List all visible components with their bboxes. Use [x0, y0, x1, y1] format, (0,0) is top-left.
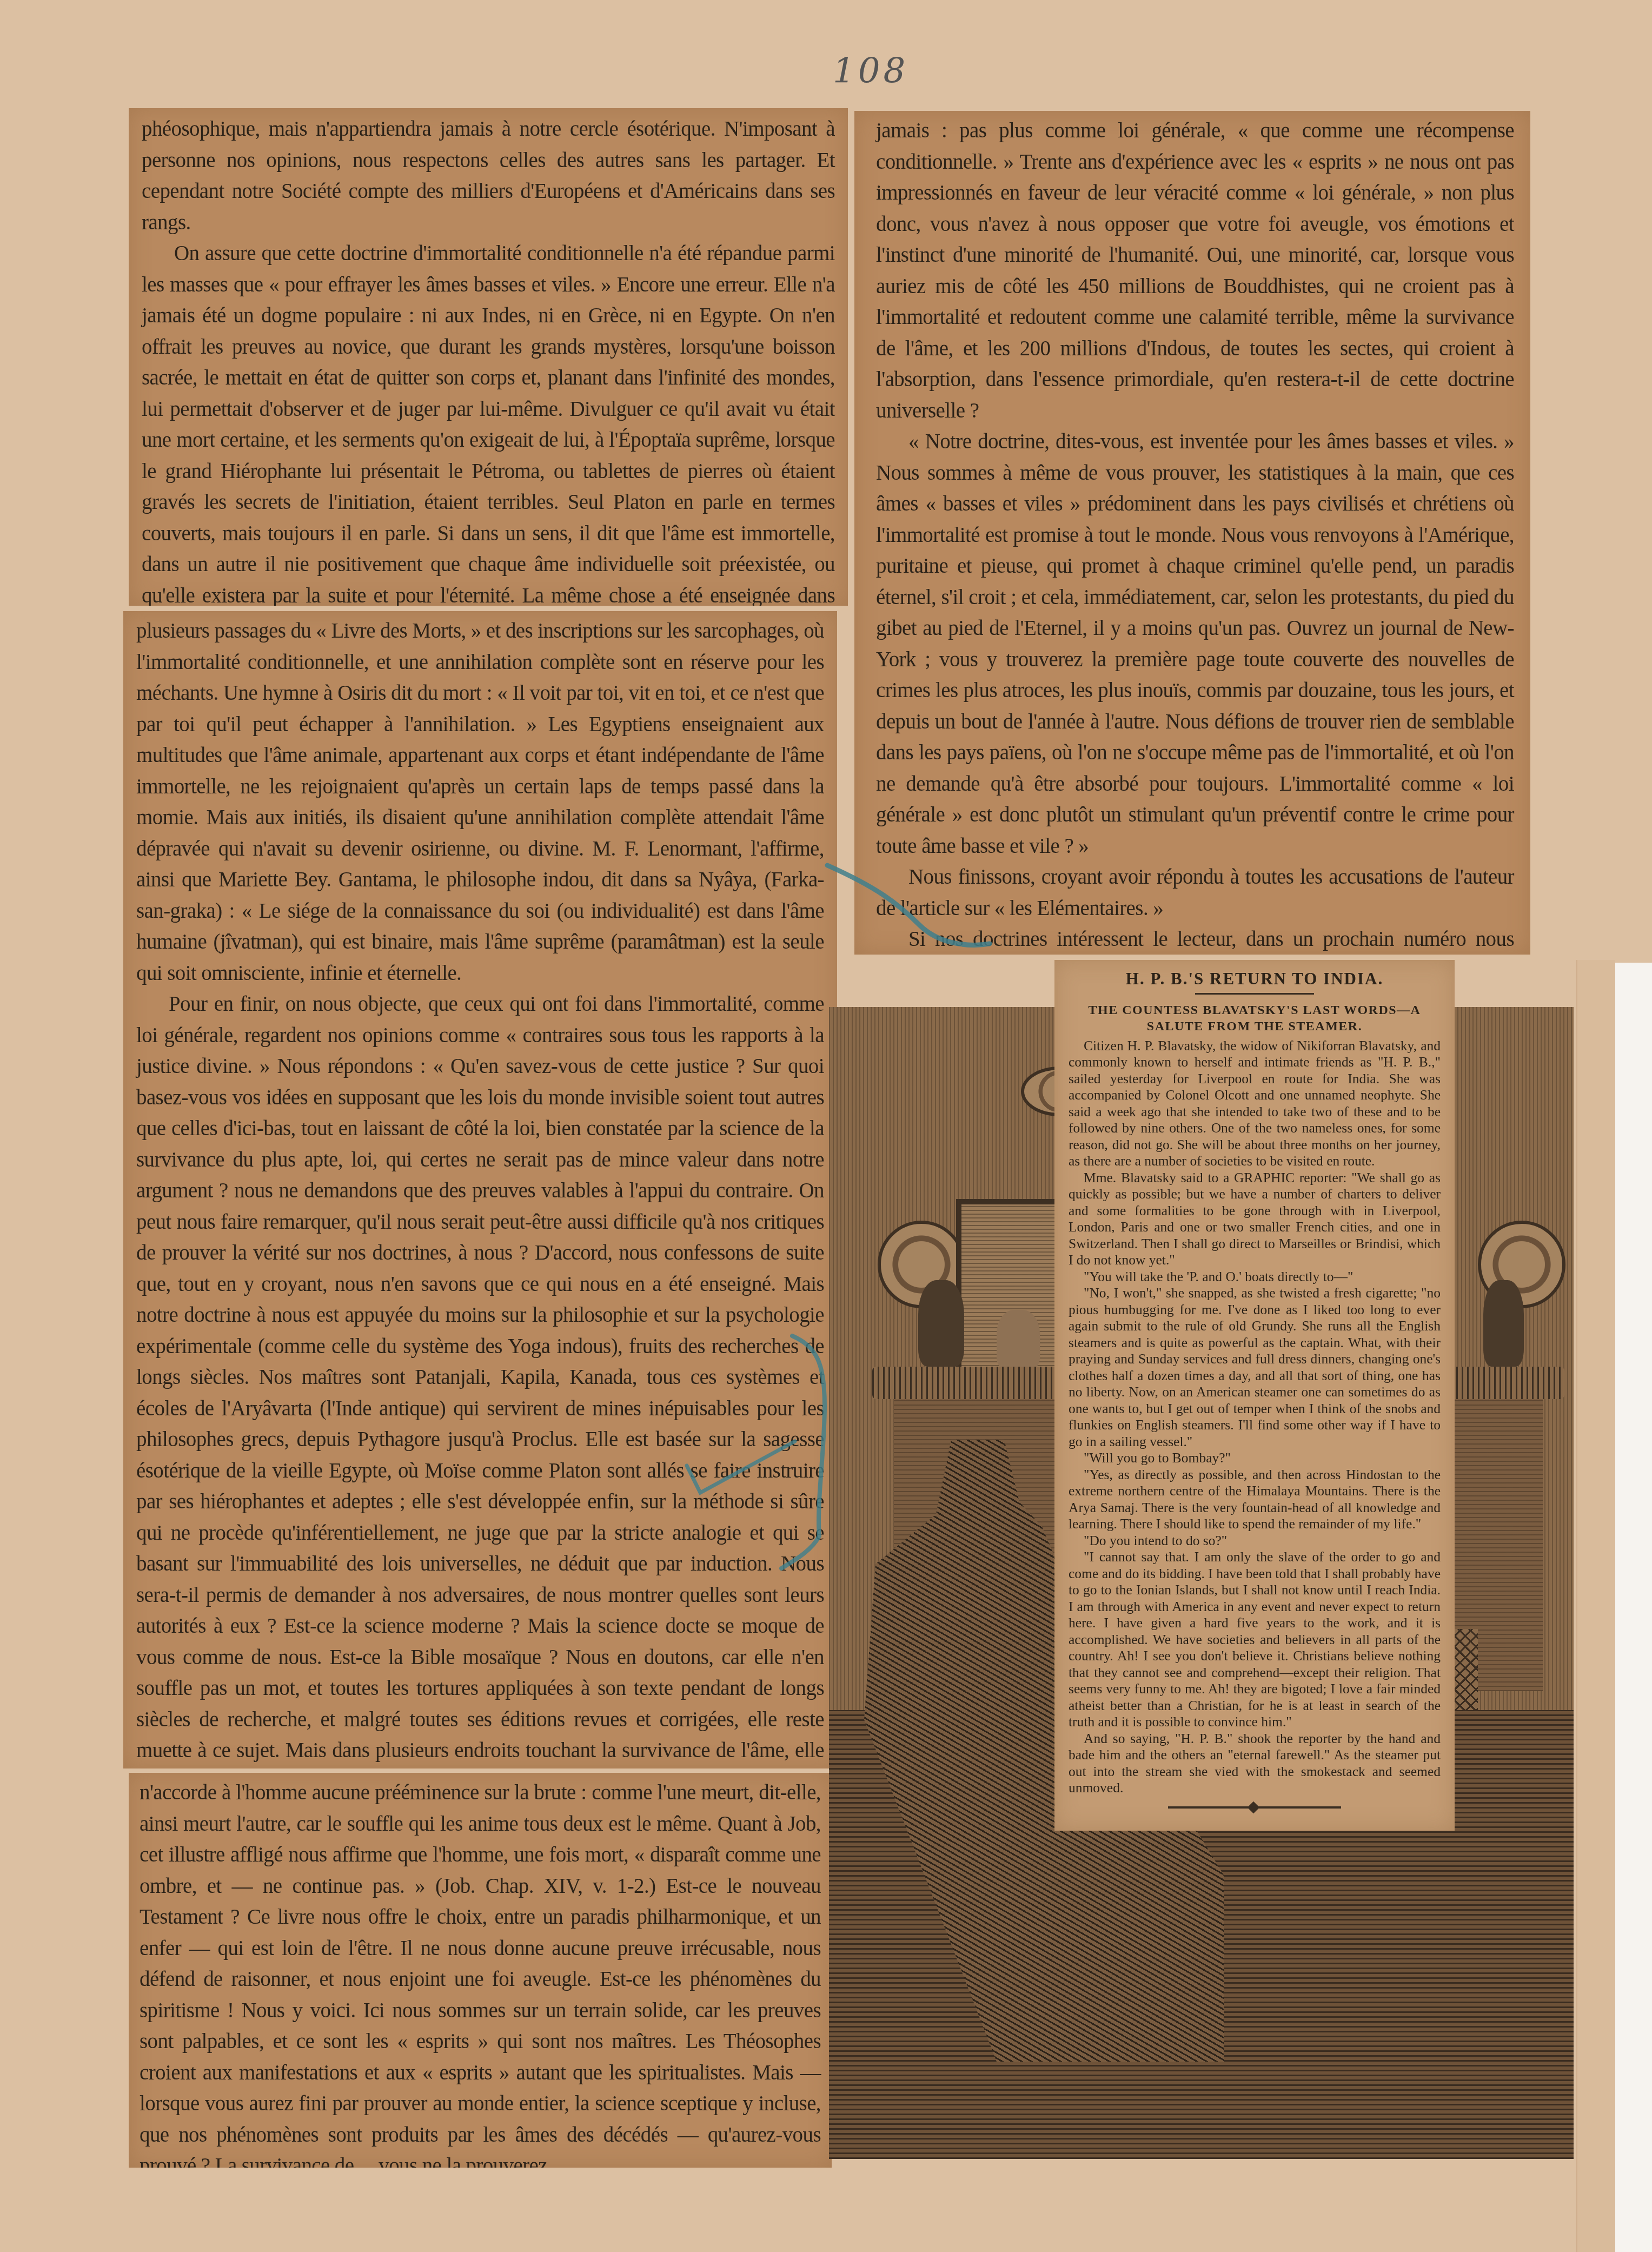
vase [1483, 1280, 1524, 1367]
paragraph: And so saying, "H. P. B." shook the repo… [1069, 1731, 1441, 1797]
french-clipping-col1-block3: n'accorde à l'homme aucune prééminence s… [129, 1773, 832, 2168]
french-clipping-col1-block1: phéosophique, mais n'appartiendra jamais… [129, 108, 848, 606]
headline-rule [1195, 993, 1314, 995]
subheadline: THE COUNTESS BLAVATSKY'S LAST WORDS—A SA… [1069, 1002, 1441, 1035]
paragraph: "No, I won't," she snapped, as she twist… [1069, 1285, 1441, 1450]
folio-number: 108 [833, 51, 908, 91]
paragraph: plusieurs passages du « Livre des Morts,… [136, 615, 824, 989]
mount-page-tab [1601, 0, 1652, 963]
vase [918, 1280, 964, 1367]
paragraph: "Do you intend to do so?" [1069, 1533, 1441, 1549]
paragraph: jamais : pas plus comme loi générale, « … [876, 115, 1514, 426]
english-clipping: H. P. B.'S RETURN TO INDIA. THE COUNTESS… [1054, 960, 1455, 1831]
torn-paper-strip [1576, 960, 1615, 2252]
vase [997, 1310, 1040, 1369]
paragraph: "I cannot say that. I am only the slave … [1069, 1549, 1441, 1731]
paragraph: Citizen H. P. Blavatsky, the widow of Ni… [1069, 1038, 1441, 1170]
paragraph: On assure que cette doctrine d'immortali… [142, 238, 835, 606]
paragraph: Nous finissons, croyant avoir répondu à … [876, 862, 1514, 924]
french-clipping-col2: jamais : pas plus comme loi générale, « … [854, 111, 1530, 955]
headline: H. P. B.'S RETURN TO INDIA. [1069, 971, 1441, 988]
paragraph: n'accorde à l'homme aucune prééminence s… [140, 1777, 821, 2168]
french-clipping-col1-block2: plusieurs passages du « Livre des Morts,… [123, 611, 837, 1769]
paragraph: "You will take the 'P. and O.' boats dir… [1069, 1269, 1441, 1286]
paragraph: « Notre doctrine, dites-vous, est invent… [876, 426, 1514, 862]
end-ornament-rule [1168, 1806, 1341, 1809]
paragraph: phéosophique, mais n'appartiendra jamais… [142, 114, 835, 238]
paragraph: Mme. Blavatsky said to a GRAPHIC reporte… [1069, 1170, 1441, 1269]
paragraph: Pour en finir, on nous objecte, que ceux… [136, 989, 824, 1769]
paragraph: "Yes, as directly as possible, and then … [1069, 1467, 1441, 1533]
paragraph: Si nos doctrines intéressent le lecteur,… [876, 924, 1514, 955]
paragraph: "Will you go to Bombay?" [1069, 1450, 1441, 1467]
